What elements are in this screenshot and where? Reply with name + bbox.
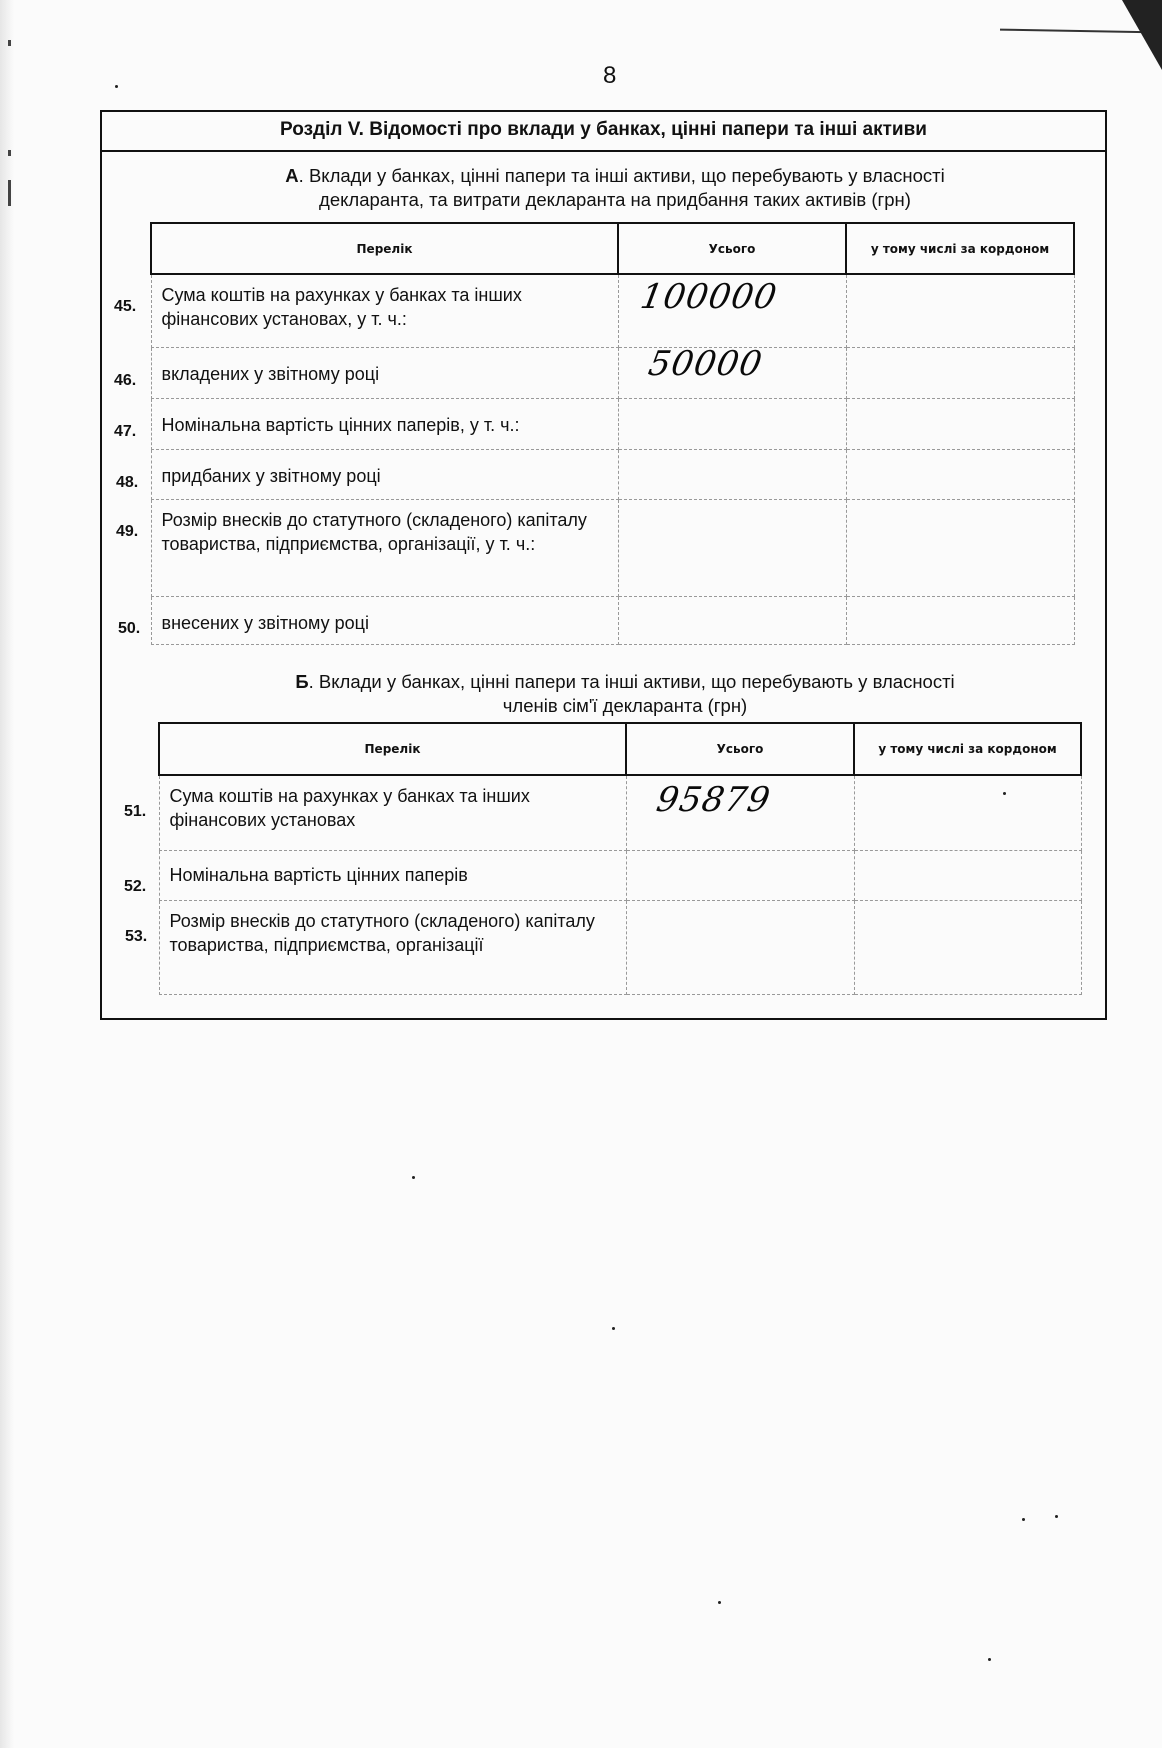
- row-label: внесених у звітному році: [151, 596, 618, 644]
- table-row: внесених у звітному році: [151, 596, 1074, 644]
- row-number: 48.: [116, 474, 138, 492]
- header-abroad: у тому числі за кордоном: [846, 223, 1074, 274]
- abroad-field[interactable]: [854, 850, 1081, 900]
- abroad-field[interactable]: [854, 900, 1081, 994]
- total-field[interactable]: [618, 499, 846, 596]
- row-number: 45.: [114, 298, 136, 316]
- abroad-field[interactable]: [854, 775, 1081, 850]
- total-field[interactable]: [618, 596, 846, 644]
- row-number: 46.: [114, 372, 136, 390]
- header-abroad: у тому числі за кордоном: [854, 723, 1081, 775]
- row-number: 50.: [118, 620, 140, 638]
- part-a-letter: А: [285, 165, 298, 186]
- abroad-field[interactable]: [846, 347, 1074, 398]
- total-field[interactable]: 100000: [618, 274, 846, 347]
- part-b-letter: Б: [295, 671, 308, 692]
- row-label: Розмір внесків до статутного (складеного…: [151, 499, 618, 596]
- abroad-field[interactable]: [846, 499, 1074, 596]
- row-label: Сума коштів на рахунках у банках та інши…: [159, 775, 626, 850]
- table-row: Номінальна вартість цінних паперів: [159, 850, 1081, 900]
- scan-left-edge: [0, 0, 14, 1748]
- table-row: Розмір внесків до статутного (складеного…: [159, 900, 1081, 994]
- part-b-header-row: Перелік Усього у тому числі за кордоном: [159, 723, 1081, 775]
- speck: [115, 85, 118, 88]
- part-a-header-row: Перелік Усього у тому числі за кордоном: [151, 223, 1074, 274]
- total-field[interactable]: 50000: [618, 347, 846, 398]
- row-label: Номінальна вартість цінних паперів: [159, 850, 626, 900]
- total-value: 100000: [637, 277, 780, 317]
- speck: [1003, 792, 1006, 795]
- table-row: придбаних у звітному році: [151, 449, 1074, 499]
- row-number: 49.: [116, 523, 138, 541]
- total-field[interactable]: [626, 900, 854, 994]
- header-total: Усього: [618, 223, 846, 274]
- row-number: 53.: [125, 928, 147, 946]
- total-field[interactable]: 95879: [626, 775, 854, 850]
- speck: [412, 1176, 415, 1179]
- part-a-title: А. Вклади у банках, цінні папери та інші…: [150, 164, 1080, 212]
- total-field[interactable]: [618, 449, 846, 499]
- row-label: Розмір внесків до статутного (складеного…: [159, 900, 626, 994]
- table-row: Номінальна вартість цінних паперів, у т.…: [151, 398, 1074, 449]
- part-b-title-line2: членів сім'ї декларанта (грн): [160, 694, 1090, 718]
- part-a-title-line2: декларанта, та витрати декларанта на при…: [150, 188, 1080, 212]
- section-title: Розділ V. Відомості про вклади у банках,…: [100, 110, 1107, 152]
- scan-mark: [8, 40, 11, 46]
- total-field[interactable]: [618, 398, 846, 449]
- total-value: 50000: [645, 344, 765, 384]
- speck: [1022, 1518, 1025, 1521]
- scan-corner-shadow: [1122, 0, 1162, 70]
- row-label: Сума коштів на рахунках у банках та інши…: [151, 274, 618, 347]
- row-label: Номінальна вартість цінних паперів, у т.…: [151, 398, 618, 449]
- total-field[interactable]: [626, 850, 854, 900]
- part-a-title-line1: . Вклади у банках, цінні папери та інші …: [299, 165, 945, 186]
- table-row: Сума коштів на рахунках у банках та інши…: [159, 775, 1081, 850]
- part-a-table: Перелік Усього у тому числі за кордоном …: [150, 222, 1075, 645]
- speck: [718, 1601, 721, 1604]
- scan-mark: [8, 150, 11, 156]
- abroad-field[interactable]: [846, 449, 1074, 499]
- part-b-title: Б. Вклади у банках, цінні папери та інші…: [160, 670, 1090, 718]
- speck: [988, 1658, 991, 1661]
- row-number: 52.: [124, 878, 146, 896]
- header-list: Перелік: [159, 723, 626, 775]
- page-number: 8: [603, 62, 616, 90]
- header-list: Перелік: [151, 223, 618, 274]
- table-row: Сума коштів на рахунках у банках та інши…: [151, 274, 1074, 347]
- row-number: 47.: [114, 423, 136, 441]
- abroad-field[interactable]: [846, 398, 1074, 449]
- speck: [612, 1327, 615, 1330]
- abroad-field[interactable]: [846, 274, 1074, 347]
- row-label: придбаних у звітному році: [151, 449, 618, 499]
- row-label: вкладених у звітному році: [151, 347, 618, 398]
- row-number: 51.: [124, 803, 146, 821]
- part-b-table: Перелік Усього у тому числі за кордоном …: [158, 722, 1082, 995]
- speck: [1055, 1515, 1058, 1518]
- total-value: 95879: [653, 780, 773, 820]
- part-b-title-line1: . Вклади у банках, цінні папери та інші …: [309, 671, 955, 692]
- header-total: Усього: [626, 723, 854, 775]
- abroad-field[interactable]: [846, 596, 1074, 644]
- table-row: вкладених у звітному році 50000: [151, 347, 1074, 398]
- scan-mark: [8, 180, 11, 206]
- table-row: Розмір внесків до статутного (складеного…: [151, 499, 1074, 596]
